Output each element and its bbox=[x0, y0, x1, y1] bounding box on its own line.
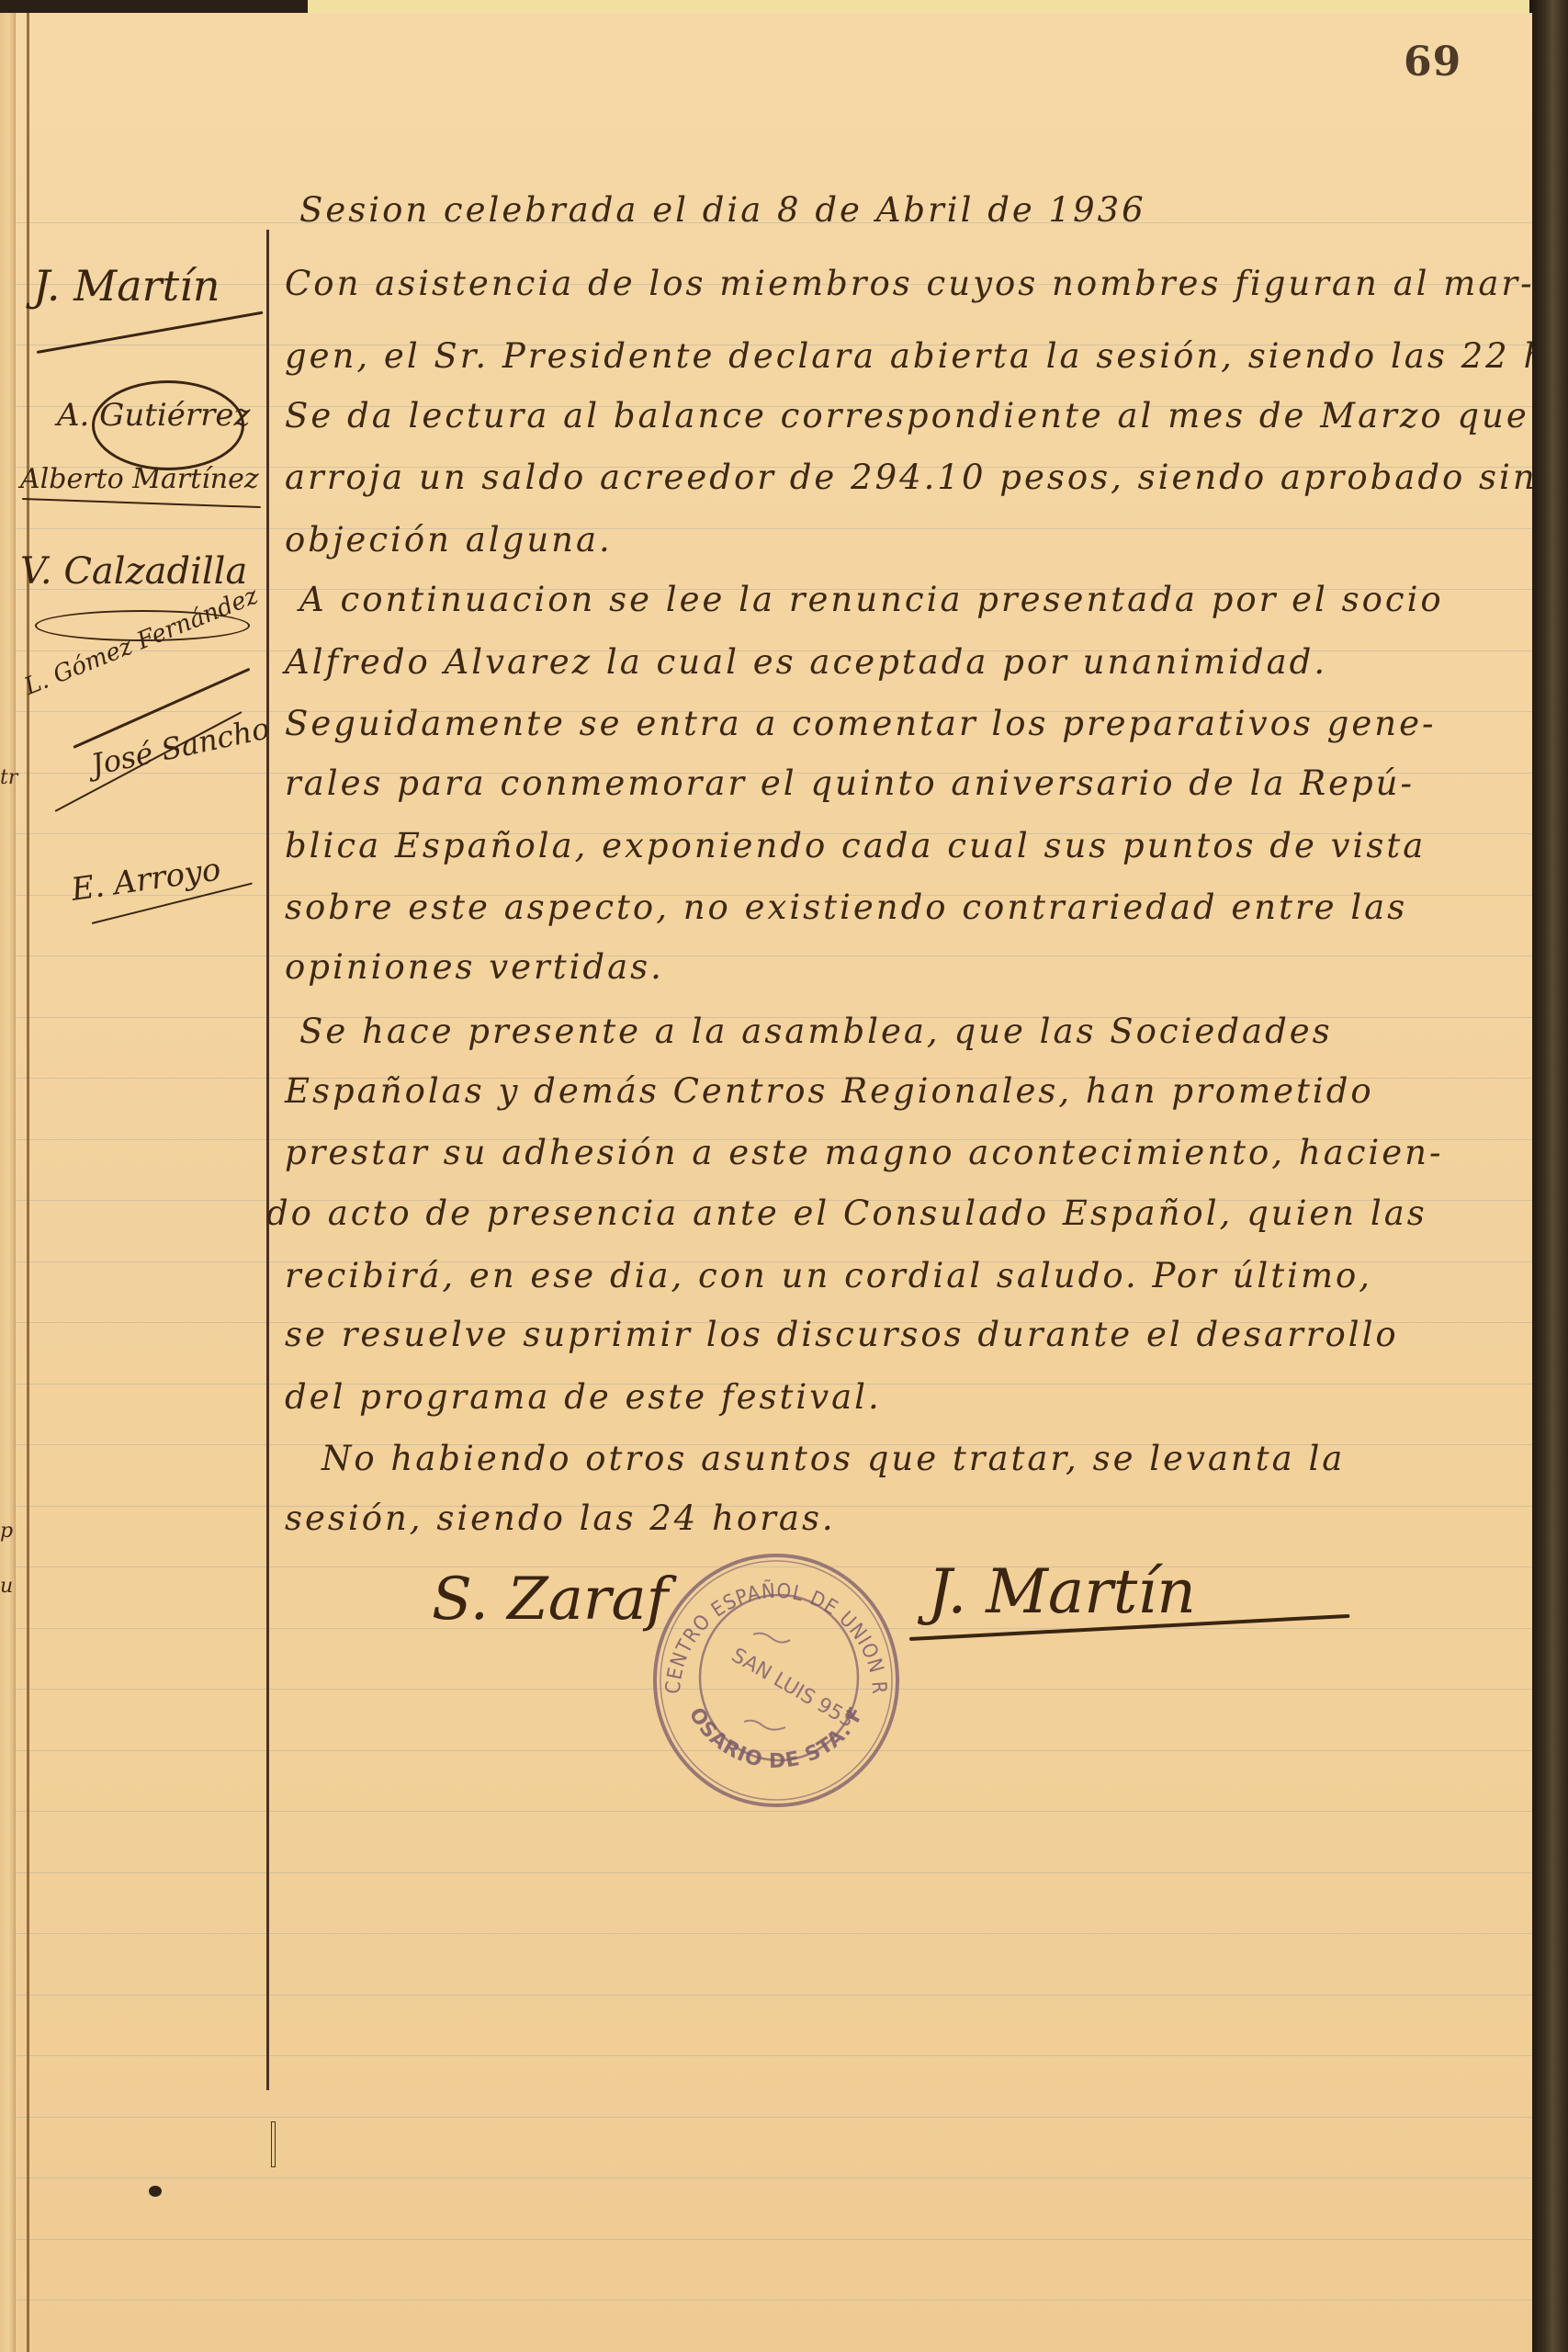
ruled-line bbox=[15, 2239, 1532, 2240]
minutes-line: blica Española, exponiendo cada cual sus… bbox=[285, 829, 1426, 863]
page-number: 69 bbox=[1404, 39, 1461, 85]
minutes-line: sesión, siendo las 24 horas. bbox=[285, 1501, 836, 1535]
minutes-line: objeción alguna. bbox=[285, 523, 613, 557]
margin-signature: E. Arroyo bbox=[69, 851, 223, 908]
ledger-page: tr p u 69 Sesion celebrada el dia 8 de A… bbox=[0, 13, 1532, 2352]
stamp-inner-text: SAN LUIS 953 bbox=[728, 1644, 858, 1732]
ruled-line bbox=[15, 955, 1532, 956]
ruled-line bbox=[15, 2055, 1532, 2056]
margin-signature: V. Calzadilla bbox=[20, 550, 247, 593]
president-signature: J. Martín bbox=[928, 1556, 1196, 1627]
margin-signature: Alberto Martínez bbox=[20, 463, 259, 495]
signature-flourish bbox=[37, 311, 264, 354]
ruled-line bbox=[15, 2300, 1532, 2301]
minutes-line: rales para conmemorar el quinto aniversa… bbox=[285, 766, 1415, 800]
signature-flourish bbox=[92, 380, 244, 470]
previous-page-ink-mark: tr bbox=[0, 766, 13, 789]
minutes-line: No habiendo otros asuntos que tratar, se… bbox=[321, 1442, 1345, 1476]
margin-signature: L. Gómez Fernández bbox=[20, 582, 262, 700]
previous-page-edge bbox=[0, 13, 16, 2352]
signature-flourish bbox=[55, 711, 243, 812]
book-edge-top bbox=[0, 0, 308, 13]
margin-signature: J. Martín bbox=[33, 261, 220, 311]
secretary-signature: S. Zaraf bbox=[432, 1566, 668, 1634]
ruled-line bbox=[15, 1872, 1532, 1873]
minutes-line: recibirá, en ese dia, con un cordial sal… bbox=[285, 1259, 1372, 1293]
margin-rule-end bbox=[271, 2121, 276, 2167]
minutes-line: Se hace presente a la asamblea, que las … bbox=[299, 1014, 1333, 1048]
minutes-line: arroja un saldo acreedor de 294.10 pesos… bbox=[285, 460, 1532, 494]
minutes-line: Con asistencia de los miembros cuyos nom… bbox=[285, 266, 1532, 300]
society-seal-stamp: CENTRO ESPAÑOL DE UNION REPUBLICANA ROSA… bbox=[643, 1547, 909, 1814]
minutes-line: do acto de presencia ante el Consulado E… bbox=[266, 1196, 1427, 1230]
minutes-line: Alfredo Alvarez la cual es aceptada por … bbox=[285, 645, 1327, 679]
minutes-line: Seguidamente se entra a comentar los pre… bbox=[285, 707, 1436, 741]
signature-flourish bbox=[22, 498, 261, 508]
minutes-line: Españolas y demás Centros Regionales, ha… bbox=[285, 1074, 1374, 1108]
ruled-line bbox=[15, 2177, 1532, 2178]
minutes-line: Se da lectura al balance correspondiente… bbox=[285, 399, 1529, 433]
minutes-line: A continuacion se lee la renuncia presen… bbox=[299, 582, 1444, 616]
ledger-book: tr p u 69 Sesion celebrada el dia 8 de A… bbox=[0, 0, 1568, 2352]
ruled-line bbox=[15, 528, 1532, 529]
ruled-line bbox=[15, 2117, 1532, 2118]
minutes-line: prestar su adhesión a este magno acontec… bbox=[285, 1136, 1444, 1170]
previous-page-ink-mark: p bbox=[0, 1520, 13, 1543]
ink-blot bbox=[149, 2186, 162, 2197]
book-cover-edge bbox=[1529, 0, 1568, 2352]
session-title: Sesion celebrada el dia 8 de Abril de 19… bbox=[299, 193, 1146, 227]
signature-margin-rule bbox=[266, 230, 269, 2090]
minutes-line: del programa de este festival. bbox=[285, 1380, 882, 1414]
next-page-edge bbox=[308, 0, 1539, 13]
previous-page-ink-mark: u bbox=[0, 1575, 13, 1598]
margin-signature: José Sancho bbox=[88, 710, 273, 782]
minutes-line: sobre este aspecto, no existiendo contra… bbox=[285, 890, 1407, 924]
outer-margin-rule bbox=[27, 13, 29, 2352]
ruled-line bbox=[15, 1933, 1532, 1934]
minutes-line: opiniones vertidas. bbox=[285, 950, 664, 984]
minutes-line: se resuelve suprimir los discursos duran… bbox=[285, 1317, 1399, 1351]
ruled-line bbox=[15, 1995, 1532, 1996]
minutes-line: gen, el Sr. Presidente declara abierta l… bbox=[285, 339, 1532, 373]
